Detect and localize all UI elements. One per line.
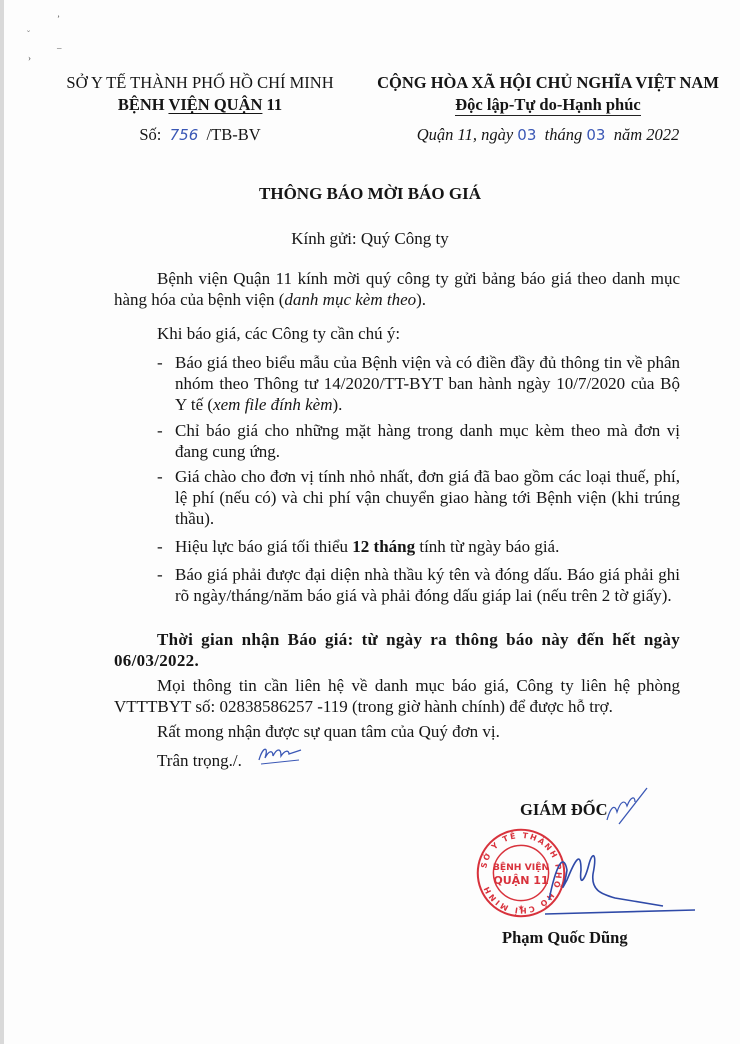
- department-name: SỞ Y TẾ THÀNH PHỐ HỒ CHÍ MINH: [60, 73, 340, 93]
- salutation: Kính gửi: Quý Công ty: [0, 229, 740, 249]
- closing-line: Rất mong nhận được sự quan tâm của Quý đ…: [157, 721, 723, 742]
- bullet-text-part: ).: [333, 395, 343, 414]
- bullet-text: Chỉ báo giá cho những mặt hàng trong dan…: [175, 420, 680, 462]
- bullet-dash: -: [157, 536, 163, 557]
- contact-paragraph: Mọi thông tin cần liên hệ về danh mục bá…: [114, 675, 680, 717]
- motto-text: Độc lập-Tự do-Hạnh phúc: [455, 95, 641, 116]
- svg-text:★: ★: [518, 903, 525, 912]
- date-line: Quận 11, ngày 03 tháng 03 năm 2022: [368, 125, 728, 145]
- bullet-dash: -: [157, 466, 163, 487]
- bullet-text: Báo giá theo biểu mẫu của Bệnh viện và c…: [175, 352, 680, 415]
- number-suffix: /TB-BV: [207, 125, 261, 144]
- bullet-text: Giá chào cho đơn vị tính nhỏ nhất, đơn g…: [175, 466, 680, 529]
- document-number: Số: 756 /TB-BV: [60, 125, 340, 145]
- intro-italic: danh mục kèm theo: [284, 290, 416, 309]
- document-title: THÔNG BÁO MỜI BÁO GIÁ: [0, 184, 740, 204]
- deadline-paragraph: Thời gian nhận Báo giá: từ ngày ra thông…: [114, 629, 680, 671]
- handwritten-month: 03: [586, 126, 605, 144]
- intro-paragraph: Bệnh viện Quận 11 kính mời quý công ty g…: [114, 268, 680, 310]
- number-label: Số:: [139, 125, 161, 144]
- bullet-italic: xem file đính kèm: [213, 395, 332, 414]
- hospital-name: BỆNH VIỆN QUẬN 11: [60, 95, 340, 115]
- bullet-text-part: Hiệu lực báo giá tối thiểu: [175, 537, 352, 556]
- bullet-text-part: tính từ ngày báo giá.: [415, 537, 559, 556]
- hospital-name-part: 11: [262, 95, 282, 114]
- intro-text-end: ).: [416, 290, 426, 309]
- hospital-name-underlined: VIỆN QUẬN: [168, 95, 262, 114]
- date-prefix: Quận 11, ngày: [417, 125, 513, 144]
- handwritten-number: 756: [170, 126, 199, 144]
- year-label: năm 2022: [614, 125, 680, 144]
- signer-name: Phạm Quốc Dũng: [502, 928, 628, 948]
- svg-text:BỆNH VIỆN: BỆNH VIỆN: [493, 862, 549, 873]
- signer-title: GIÁM ĐỐC: [520, 800, 608, 820]
- motto: Độc lập-Tự do-Hạnh phúc: [368, 95, 728, 115]
- month-label: tháng: [545, 125, 583, 144]
- notes-heading: Khi báo giá, các Công ty cần chú ý:: [157, 323, 723, 344]
- bullet-text: Hiệu lực báo giá tối thiểu 12 tháng tính…: [175, 536, 680, 557]
- bullet-dash: -: [157, 420, 163, 441]
- scan-left-edge: [0, 0, 4, 1044]
- regards-line: Trân trọng./.: [157, 750, 242, 771]
- bullet-text: Báo giá phải được đại diện nhà thầu ký t…: [175, 564, 680, 606]
- handwritten-day: 03: [517, 126, 536, 144]
- bullet-bold: 12 tháng: [352, 537, 415, 556]
- hospital-name-part: BỆNH: [118, 95, 169, 114]
- bullet-dash: -: [157, 564, 163, 585]
- initials-signature: [255, 744, 305, 768]
- nation-title: CỘNG HÒA XÃ HỘI CHỦ NGHĨA VIỆT NAM: [368, 73, 728, 93]
- director-signature: [545, 840, 705, 920]
- svg-text:QUẬN 11: QUẬN 11: [493, 874, 548, 887]
- approval-initials: [605, 786, 650, 826]
- bullet-dash: -: [157, 352, 163, 373]
